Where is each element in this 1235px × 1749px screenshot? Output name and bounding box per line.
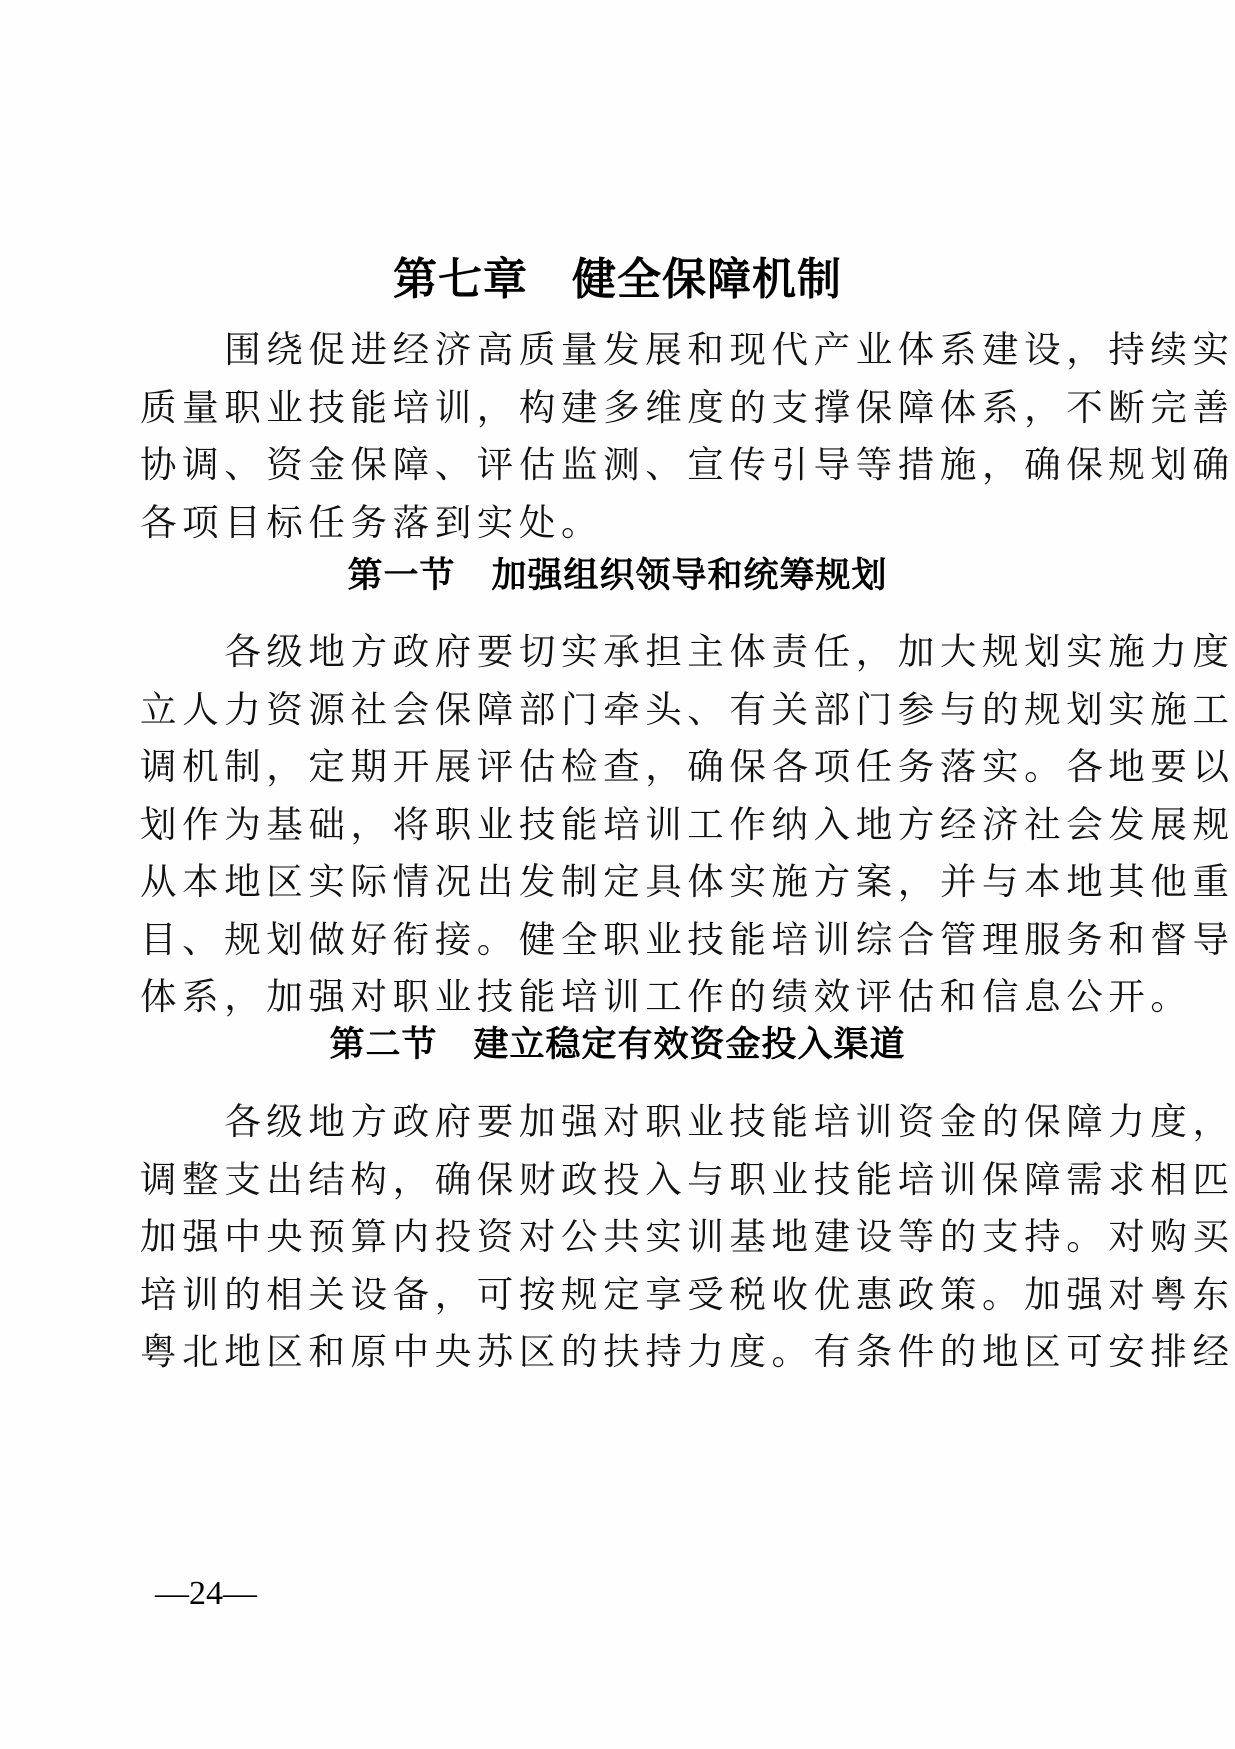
paragraph-line: 质量职业技能培训，构建多维度的支撑保障体系，不断完善组织 <box>140 379 1070 437</box>
paragraph-line: 协调、资金保障、评估监测、宣传引导等措施，确保规划确定的 <box>140 436 1070 494</box>
chapter-number: 第七章 <box>393 254 528 305</box>
chapter-title: 第七章健全保障机制 <box>0 252 1235 308</box>
paragraph-line: 各级地方政府要切实承担主体责任，加大规划实施力度，建 <box>140 623 1070 681</box>
section-2-paragraph: 各级地方政府要加强对职业技能培训资金的保障力度，合理 调整支出结构，确保财政投入… <box>140 1093 1070 1381</box>
paragraph-line: 调机制，定期开展评估检查，确保各项任务落实。各地要以本规 <box>140 738 1070 796</box>
section-title-2: 第二节建立稳定有效资金投入渠道 <box>0 1021 1235 1069</box>
section-number: 第一节 <box>347 556 455 596</box>
section-number: 第二节 <box>329 1025 437 1065</box>
paragraph-line: 调整支出结构，确保财政投入与职业技能培训保障需求相匹配。 <box>140 1151 1070 1209</box>
paragraph-line: 培训的相关设备，可按规定享受税收优惠政策。加强对粤东粤西 <box>140 1266 1070 1324</box>
section-heading: 建立稳定有效资金投入渠道 <box>474 1025 906 1065</box>
paragraph-line: 目、规划做好衔接。健全职业技能培训综合管理服务和督导评估 <box>140 911 1070 969</box>
chapter-heading: 健全保障机制 <box>572 254 842 305</box>
paragraph-line: 各级地方政府要加强对职业技能培训资金的保障力度，合理 <box>140 1093 1070 1151</box>
paragraph-line: 立人力资源社会保障部门牵头、有关部门参与的规划实施工作协 <box>140 681 1070 739</box>
intro-paragraph: 围绕促进经济高质量发展和现代产业体系建设，持续实施高 质量职业技能培训，构建多维… <box>140 321 1070 551</box>
paragraph-line: 粤北地区和原中央苏区的扶持力度。有条件的地区可安排经费， <box>140 1323 1070 1381</box>
paragraph-line: 划作为基础，将职业技能培训工作纳入地方经济社会发展规划， <box>140 796 1070 854</box>
section-title-1: 第一节加强组织领导和统筹规划 <box>0 552 1235 600</box>
paragraph-line: 加强中央预算内投资对公共实训基地建设等的支持。对购买用于 <box>140 1208 1070 1266</box>
section-1-paragraph: 各级地方政府要切实承担主体责任，加大规划实施力度，建 立人力资源社会保障部门牵头… <box>140 623 1070 1026</box>
paragraph-line: 从本地区实际情况出发制定具体实施方案，并与本地其他重大项 <box>140 853 1070 911</box>
paragraph-line: 各项目标任务落到实处。 <box>140 494 1070 552</box>
paragraph-line: 围绕促进经济高质量发展和现代产业体系建设，持续实施高 <box>140 321 1070 379</box>
page-number: —24— <box>155 1574 257 1614</box>
document-page: 第七章健全保障机制 围绕促进经济高质量发展和现代产业体系建设，持续实施高 质量职… <box>0 0 1235 1749</box>
section-heading: 加强组织领导和统筹规划 <box>492 556 888 596</box>
paragraph-line: 体系，加强对职业技能培训工作的绩效评估和信息公开。 <box>140 968 1070 1026</box>
